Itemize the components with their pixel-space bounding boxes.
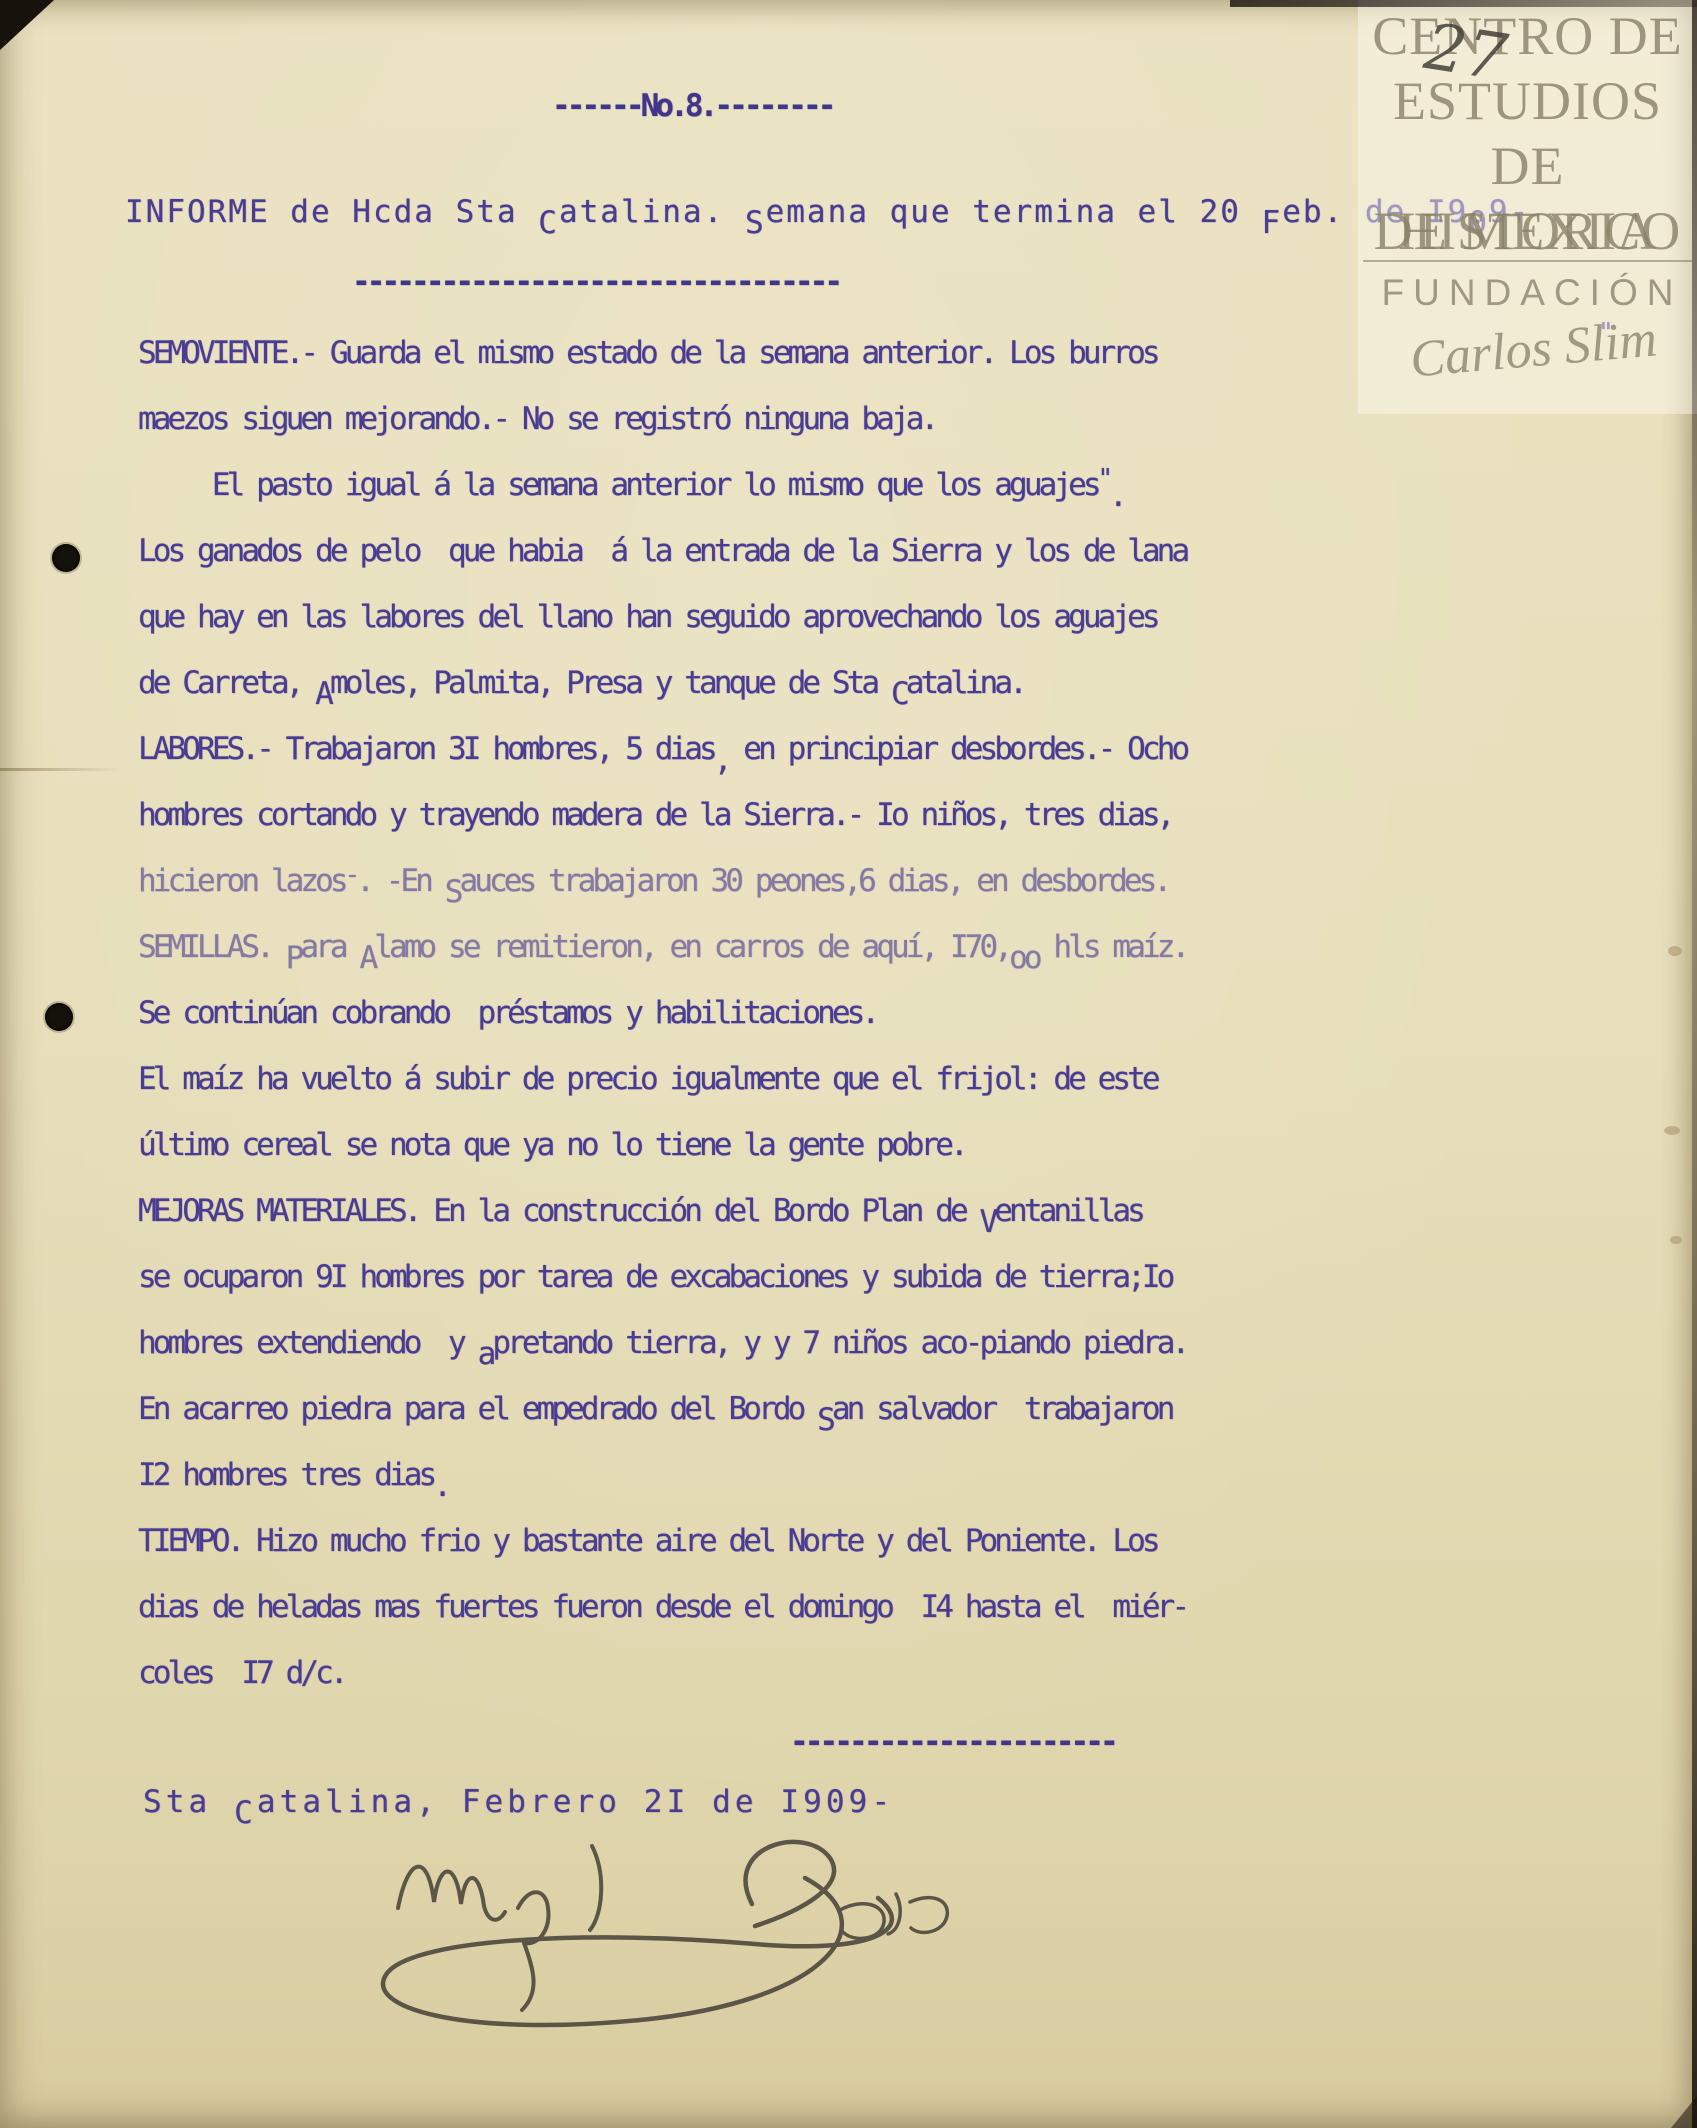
watermark-line-2: ESTUDIOS (1358, 69, 1697, 134)
watermark-carlos-slim-script: Carlos Slim (1362, 305, 1697, 393)
typed-line: coles I7 d/c. (138, 1640, 1186, 1706)
typed-line: El pasto igual á la semana anterior lo m… (138, 452, 1186, 518)
typed-line: Se continúan cobrando préstamos y habili… (138, 980, 1186, 1046)
typed-line: En acarreo piedra para el empedrado del … (138, 1376, 1186, 1442)
hole-punch-top (52, 544, 80, 572)
scan-edge-top (1230, 0, 1697, 7)
typed-line: El maíz ha vuelto á subir de precio igua… (138, 1046, 1186, 1112)
torn-corner-top-left (0, 0, 54, 50)
typed-line: se ocuparon 9I hombres por tarea de exca… (138, 1244, 1186, 1310)
report-title: INFORME de Hcda Sta Catalina. Semana que… (125, 192, 1530, 232)
watermark-line-4: DE MEXICO (1358, 199, 1697, 264)
paper-speck (1670, 1236, 1682, 1244)
watermark-line-3: DE HISTORIA (1358, 134, 1697, 199)
watermark-line-1: CENTRO DE (1358, 4, 1697, 69)
typed-line: último cereal se nota que ya no lo tiene… (138, 1112, 1186, 1178)
typed-line: I2 hombres tres dias. (138, 1442, 1186, 1508)
typed-line: SEMOVIENTE.- Guarda el mismo estado de l… (138, 320, 1186, 386)
scan-edge-bottom-right (1671, 2096, 1697, 2128)
closing-separator: ---------------------- (790, 1722, 1115, 1762)
typed-line: LABORES.- Trabajaron 3I hombres, 5 dias,… (138, 716, 1186, 782)
typed-line: MEJORAS MATERIALES. En la construcción d… (138, 1178, 1186, 1244)
paper-speck (1668, 946, 1682, 956)
typed-line: dias de heladas mas fuertes fueron desde… (138, 1574, 1186, 1640)
typed-line: hombres cortando y trayendo madera de la… (138, 782, 1186, 848)
pencil-folio-number: 27 (1420, 10, 1512, 96)
typed-line: hombres extendiendo y apretando tierra, … (138, 1310, 1186, 1376)
hole-punch-bottom (45, 1003, 73, 1031)
signature-handwriting (240, 1812, 950, 2047)
body-lines: SEMOVIENTE.- Guarda el mismo estado de l… (138, 320, 1186, 1706)
title-separator: --------------------------------- (352, 262, 839, 302)
typed-line: de Carreta, Amoles, Palmita, Presa y tan… (138, 650, 1186, 716)
typed-line: que hay en las labores del llano han seg… (138, 584, 1186, 650)
typed-line: SEMILLAS. Para Alamo se remitieron, en c… (138, 914, 1186, 980)
page-number-line: ------No.8.-------- (552, 86, 833, 126)
watermark-box: CENTRO DE ESTUDIOS DE HISTORIA DE MEXICO… (1358, 0, 1697, 414)
paper-speck (1664, 1126, 1680, 1135)
watermark-divider (1363, 260, 1692, 262)
typed-line: hicieron lazos-. -En Sauces trabajaron 3… (138, 848, 1186, 914)
scan-edge-right (1692, 0, 1697, 2128)
typed-line: Los ganados de pelo que habia á la entra… (138, 518, 1186, 584)
paper-crease (0, 768, 120, 771)
watermark-foundation-label: FUNDACIÓN (1358, 272, 1697, 314)
scanned-document-page: ------No.8.-------- INFORME de Hcda Sta … (0, 0, 1697, 2128)
typed-line: maezos siguen mejorando.- No se registró… (138, 386, 1186, 452)
typed-line: TIEMPO. Hizo mucho frio y bastante aire … (138, 1508, 1186, 1574)
